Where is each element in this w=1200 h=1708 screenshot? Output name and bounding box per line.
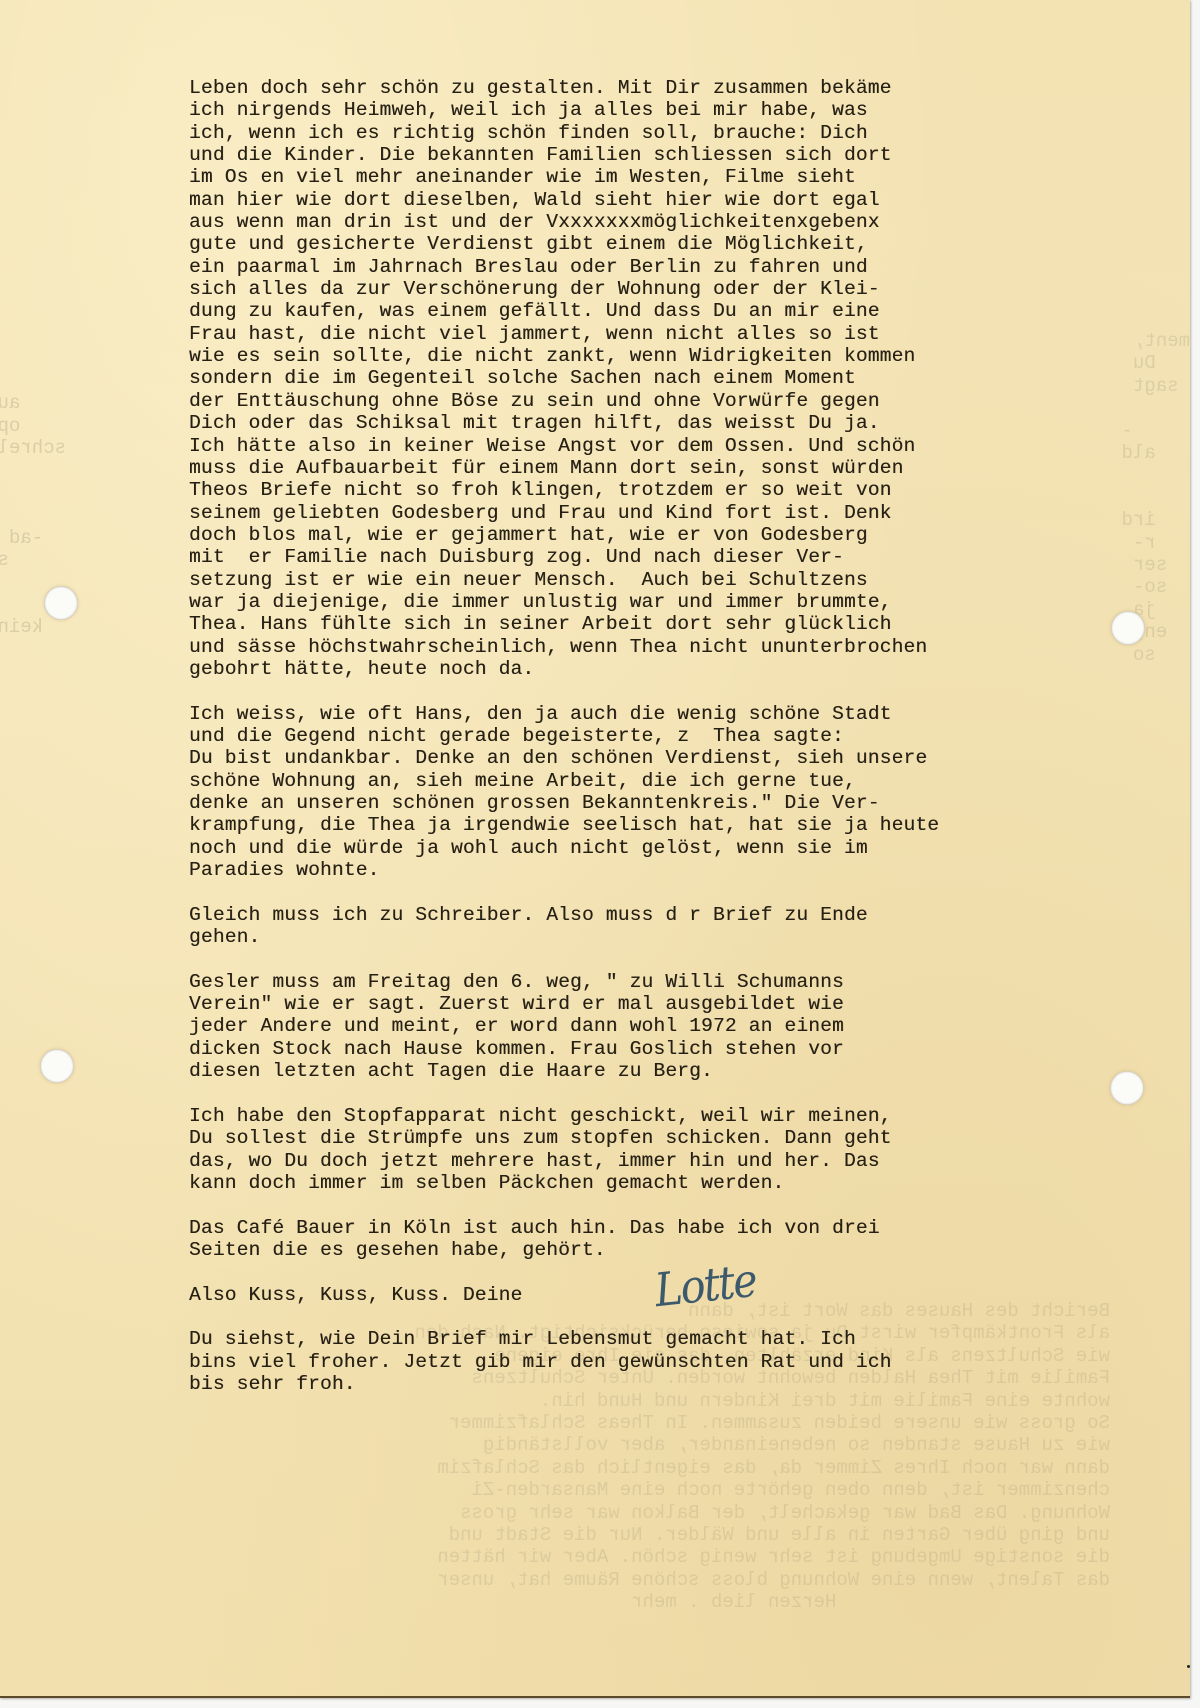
ink-speck [1187, 1665, 1190, 1668]
text-line: Thea. Hans fühlte sich in seiner Arbeit … [189, 613, 1149, 635]
letter-sheet: eagt auch opti- schrelbat di r -ad ald s… [0, 0, 1190, 1698]
letter-body: Leben doch sehr schön zu gestalten. Mit … [189, 77, 1149, 1395]
paragraph-3: Gleich muss ich zu Schreiber. Also muss … [189, 904, 1149, 949]
punch-hole-left-upper [44, 586, 78, 620]
text-line: noch und die würde ja wohl auch nicht ge… [189, 837, 1149, 859]
text-line: Das Café Bauer in Köln ist auch hin. Das… [189, 1217, 1149, 1239]
text-line: Ich weiss, wie oft Hans, den ja auch die… [189, 703, 1149, 725]
text-line: und die Kinder. Die bekannten Familien s… [189, 144, 1149, 166]
text-line: wie es sein sollte, die nicht zankt, wen… [189, 345, 1149, 367]
postscript: Du siehst, wie Dein Brief mir Lebensmut … [189, 1328, 1149, 1395]
text-line: Dich oder das Schiksal mit tragen hilft,… [189, 412, 1149, 434]
text-line: Du siehst, wie Dein Brief mir Lebensmut … [189, 1328, 1149, 1350]
punch-hole-left-lower [40, 1049, 74, 1083]
text-line: seinem geliebten Godesberg und Frau und … [189, 502, 1149, 524]
paragraph-4: Gesler muss am Freitag den 6. weg, " zu … [189, 971, 1149, 1083]
text-line: und die Gegend nicht gerade begeisterte,… [189, 725, 1149, 747]
text-line: dicken Stock nach Hause kommen. Frau Gos… [189, 1038, 1149, 1060]
text-line: gebohrt hätte, heute noch da. [189, 658, 1149, 680]
paragraph-2: Ich weiss, wie oft Hans, den ja auch die… [189, 703, 1149, 882]
text-line: jeder Andere und meint, er word dann woh… [189, 1015, 1149, 1037]
text-line: Paradies wohnte. [189, 859, 1149, 881]
text-line: mit er Familie nach Duisburg zog. Und na… [189, 546, 1149, 568]
text-line: Verein" wie er sagt. Zuerst wird er mal … [189, 993, 1149, 1015]
text-line: im Os en viel mehr aneinander wie im Wes… [189, 166, 1149, 188]
text-line: bis sehr froh. [189, 1373, 1149, 1395]
text-line: sondern die im Gegenteil solche Sachen n… [189, 367, 1149, 389]
text-line: war ja diejenige, die immer unlustig war… [189, 591, 1149, 613]
text-line: Frau hast, die nicht viel jammert, wenn … [189, 323, 1149, 345]
text-line: und sässe höchstwahrscheinlich, wenn The… [189, 636, 1149, 658]
text-line: Du bist undankbar. Denke an den schönen … [189, 747, 1149, 769]
text-line: sich alles da zur Verschönerung der Wohn… [189, 278, 1149, 300]
text-line: Gleich muss ich zu Schreiber. Also muss … [189, 904, 1149, 926]
text-line: ein paarmal im Jahrnach Breslau oder Ber… [189, 256, 1149, 278]
text-line: doch blos mal, wie er gejammert hat, wie… [189, 524, 1149, 546]
text-line: schöne Wohnung an, sieh meine Arbeit, di… [189, 770, 1149, 792]
text-line: man hier wie dort dieselben, Wald sieht … [189, 189, 1149, 211]
text-line: kann doch immer im selben Päckchen gemac… [189, 1172, 1149, 1194]
paragraph-1: Leben doch sehr schön zu gestalten. Mit … [189, 77, 1149, 680]
text-line: Theos Briefe nicht so froh klingen, trot… [189, 479, 1149, 501]
text-line: Ich hätte also in keiner Weise Angst vor… [189, 435, 1149, 457]
text-line: muss die Aufbauarbeit für einem Mann dor… [189, 457, 1149, 479]
text-line: Gesler muss am Freitag den 6. weg, " zu … [189, 971, 1149, 993]
text-line: das, wo Du doch jetzt mehrere hast, imme… [189, 1150, 1149, 1172]
text-line: gute und gesicherte Verdienst gibt einem… [189, 233, 1149, 255]
text-line: Du sollest die Strümpfe uns zum stopfen … [189, 1127, 1149, 1149]
text-line: Seiten die es gesehen habe, gehört. [189, 1239, 1149, 1261]
text-line: aus wenn man drin ist und der Vxxxxxxxmö… [189, 211, 1149, 233]
text-line: Ich habe den Stopfapparat nicht geschick… [189, 1105, 1149, 1127]
text-line: bins viel froher. Jetzt gib mir den gewü… [189, 1351, 1149, 1373]
paragraph-5: Ich habe den Stopfapparat nicht geschick… [189, 1105, 1149, 1194]
paragraph-6: Das Café Bauer in Köln ist auch hin. Das… [189, 1217, 1149, 1262]
text-line: diesen letzten acht Tagen die Haare zu B… [189, 1060, 1149, 1082]
handwritten-signature: Lotte [652, 1256, 757, 1312]
text-line: ich nirgends Heimweh, weil ich ja alles … [189, 99, 1149, 121]
text-line: der Enttäuschung ohne Böse zu sein und o… [189, 390, 1149, 412]
closing: Also Kuss, Kuss, Kuss. Deine Lotte [189, 1284, 1149, 1306]
text-line: dung zu kaufen, was einem gefällt. Und d… [189, 300, 1149, 322]
text-line: ich, wenn ich es richtig schön finden so… [189, 122, 1149, 144]
text-line: gehen. [189, 926, 1149, 948]
text-line: setzung ist er wie ein neuer Mensch. Auc… [189, 569, 1149, 591]
text-line: Leben doch sehr schön zu gestalten. Mit … [189, 77, 1149, 99]
text-line: denke an unseren schönen grossen Bekannt… [189, 792, 1149, 814]
text-line: krampfung, die Thea ja irgendwie seelisc… [189, 814, 1149, 836]
